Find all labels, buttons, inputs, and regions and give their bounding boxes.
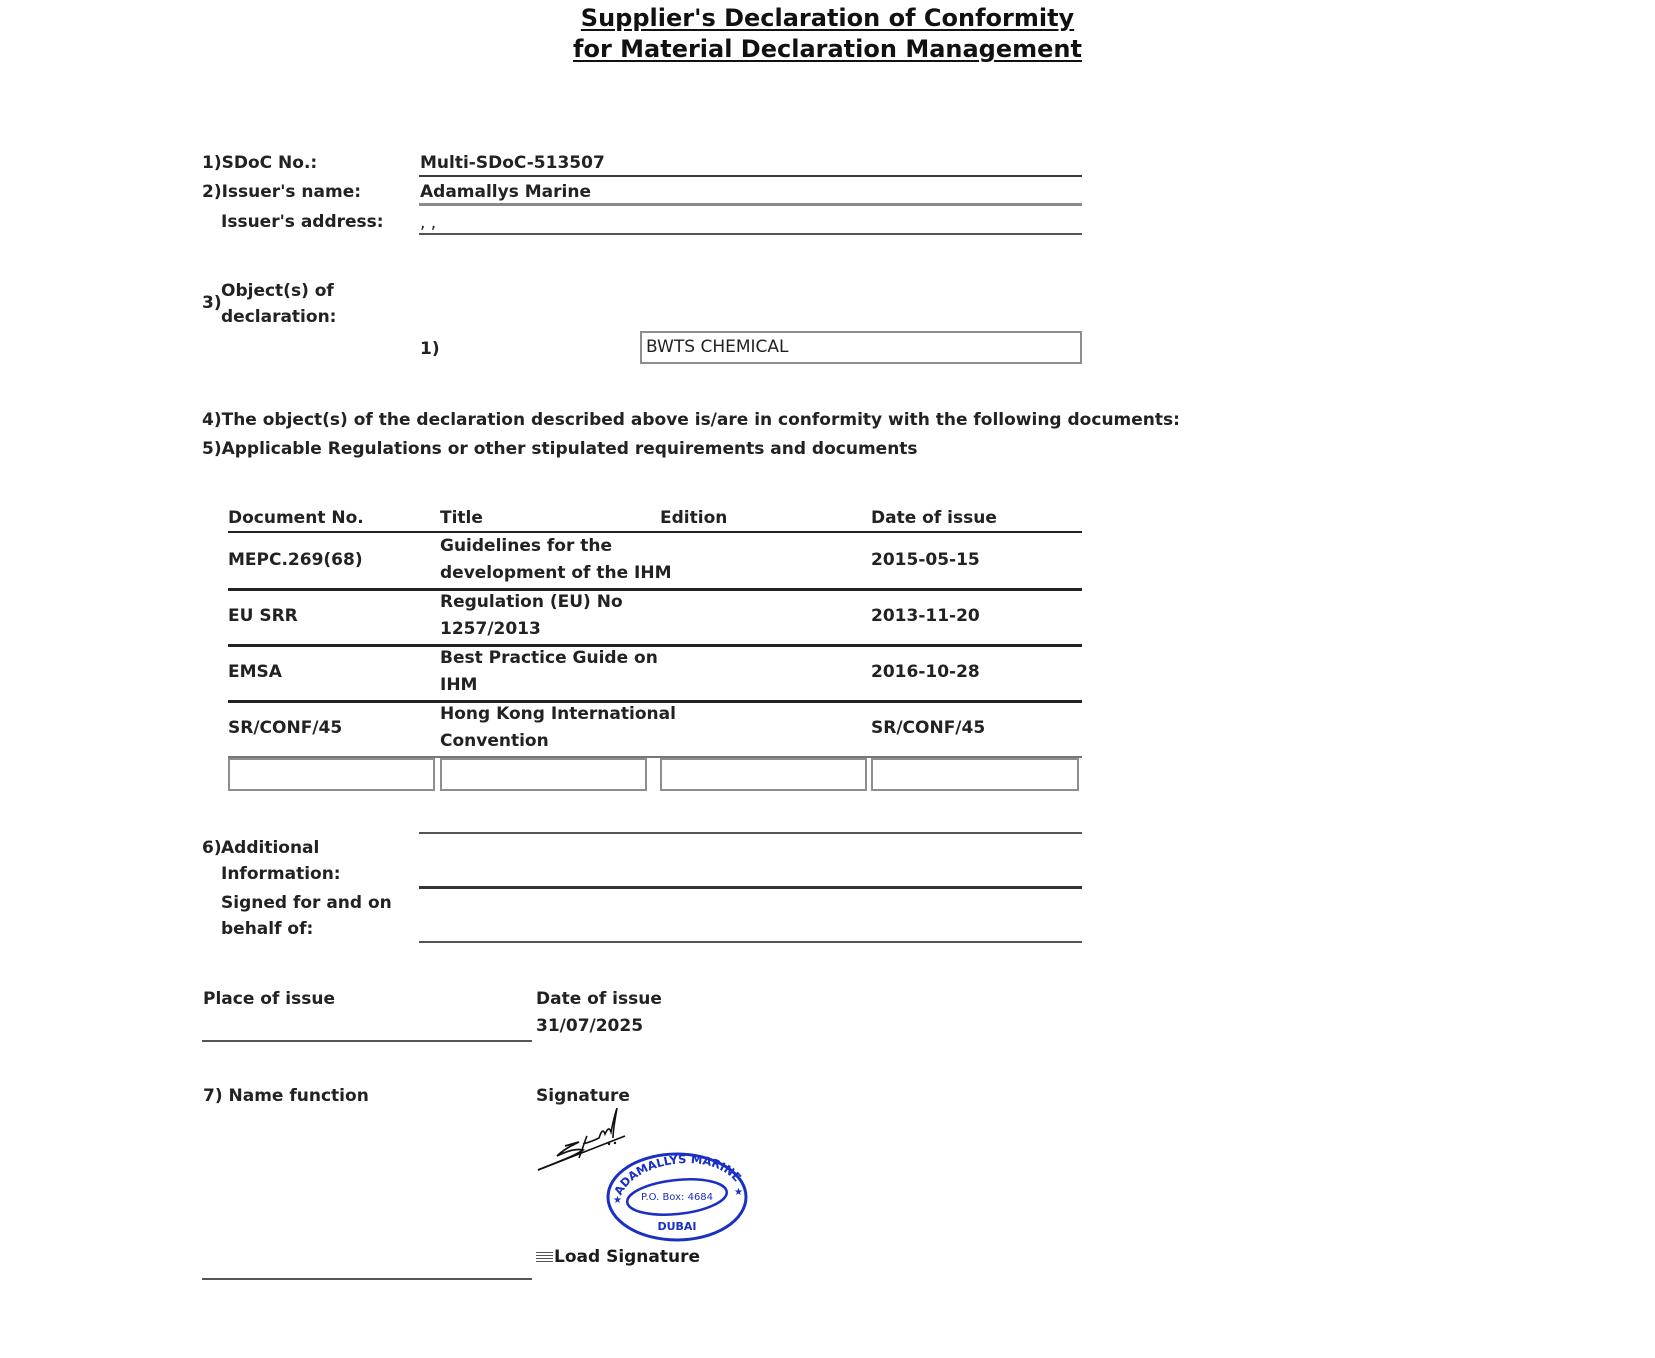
signature-image: ADAMALLYS MARINE P.O. Box: 4684 DUBAI ★ … — [535, 1108, 760, 1250]
issuer-name-text: Issuer's name: — [222, 182, 361, 202]
cell-title-line-1: Guidelines for the — [440, 533, 612, 560]
cell-title-line-2: 1257/2013 — [440, 616, 541, 643]
stamp-bottom-text: DUBAI — [657, 1220, 696, 1233]
name-function-underline[interactable] — [202, 1278, 532, 1280]
cell-date: 2015-05-15 — [871, 547, 980, 574]
new-edition-input[interactable] — [660, 758, 867, 791]
stamp-top-text: ADAMALLYS MARINE — [611, 1152, 744, 1197]
load-signature-button[interactable]: Load Signature — [536, 1247, 700, 1267]
issuer-name-value[interactable]: Adamallys Marine — [420, 182, 591, 202]
svg-text:★: ★ — [734, 1187, 743, 1198]
table-row: SR/CONF/45 Hong Kong International Conve… — [228, 701, 1082, 757]
sdoc-no-value[interactable]: Multi-SDoC-513507 — [420, 153, 605, 173]
issuer-name-label: 2)Issuer's name: — [202, 179, 361, 205]
cell-title-line-1: Best Practice Guide on — [440, 645, 658, 672]
table-row: MEPC.269(68) Guidelines for the developm… — [228, 533, 1082, 589]
signed-on-behalf-label-line-1: Signed for and on — [221, 890, 392, 916]
document-title-line-2: for Material Declaration Management — [0, 34, 1655, 65]
col-header-edition: Edition — [660, 508, 727, 528]
table-row: EU SRR Regulation (EU) No 1257/2013 2013… — [228, 589, 1082, 645]
table-row: EMSA Best Practice Guide on IHM 2016-10-… — [228, 645, 1082, 701]
regulations-statement: 5)Applicable Regulations or other stipul… — [202, 436, 918, 462]
conformity-statement: 4)The object(s) of the declaration descr… — [202, 407, 1180, 433]
regulations-text: Applicable Regulations or other stipulat… — [222, 439, 918, 459]
cell-document-no: EU SRR — [228, 603, 298, 630]
issuer-name-number: 2) — [202, 182, 222, 202]
regulations-number: 5) — [202, 439, 222, 459]
signed-on-behalf-line[interactable] — [419, 941, 1082, 943]
stamp-middle-text: P.O. Box: 4684 — [641, 1192, 713, 1203]
cell-title-line-2: Convention — [440, 728, 549, 755]
additional-info-line-2[interactable] — [419, 886, 1082, 889]
col-header-title: Title — [440, 508, 483, 528]
cell-title-line-2: development of the IHM — [440, 560, 672, 587]
additional-info-line-1[interactable] — [419, 832, 1082, 834]
signed-on-behalf-label-line-2: behalf of: — [221, 916, 313, 942]
document-title-line-1: Supplier's Declaration of Conformity — [0, 3, 1655, 34]
additional-label-line-2: Information: — [221, 861, 341, 887]
additional-number: 6) — [202, 838, 222, 858]
cell-date: SR/CONF/45 — [871, 715, 985, 742]
cell-title-line-1: Regulation (EU) No — [440, 589, 623, 616]
additional-label-line-1: Additional — [221, 835, 319, 861]
cell-title-line-2: IHM — [440, 672, 477, 699]
signature-label: Signature — [536, 1083, 630, 1109]
object-item-number: 1) — [420, 339, 440, 359]
new-title-input[interactable] — [440, 758, 647, 791]
place-of-issue-underline — [202, 1040, 532, 1042]
cell-title-line-1: Hong Kong International — [440, 701, 676, 728]
cell-date: 2013-11-20 — [871, 603, 980, 630]
sdoc-no-number: 1) — [202, 153, 222, 173]
col-header-date: Date of issue — [871, 508, 997, 528]
cell-date: 2016-10-28 — [871, 659, 980, 686]
objects-label-line-1: Object(s) of — [221, 278, 334, 304]
col-header-document-no: Document No. — [228, 508, 364, 528]
issuer-name-underline — [419, 203, 1082, 206]
date-of-issue-value[interactable]: 31/07/2025 — [536, 1016, 643, 1036]
documents-table: Document No. Title Edition Date of issue… — [228, 505, 1082, 795]
cell-document-no: MEPC.269(68) — [228, 547, 363, 574]
new-document-no-input[interactable] — [228, 758, 435, 791]
date-of-issue-label: Date of issue — [536, 986, 662, 1012]
cell-document-no: SR/CONF/45 — [228, 715, 342, 742]
objects-number: 3) — [202, 293, 222, 313]
load-signature-label: Load Signature — [554, 1247, 700, 1267]
conformity-text: The object(s) of the declaration describ… — [222, 410, 1180, 430]
name-function-label: 7) Name function — [203, 1083, 369, 1109]
issuer-address-value[interactable]: , , — [420, 213, 436, 233]
object-item-input[interactable]: BWTS CHEMICAL — [640, 331, 1082, 364]
company-stamp-icon: ADAMALLYS MARINE P.O. Box: 4684 DUBAI ★ … — [605, 1150, 750, 1245]
new-date-input[interactable] — [871, 758, 1079, 791]
svg-text:ADAMALLYS MARINE: ADAMALLYS MARINE — [611, 1152, 744, 1197]
sdoc-no-text: SDoC No.: — [222, 153, 318, 173]
sdoc-no-underline — [419, 175, 1082, 177]
issuer-address-label: Issuer's address: — [221, 209, 384, 235]
cell-document-no: EMSA — [228, 659, 282, 686]
issuer-address-underline — [419, 233, 1082, 235]
sdoc-no-label: 1)SDoC No.: — [202, 150, 317, 176]
objects-label-line-2: declaration: — [221, 304, 336, 330]
conformity-number: 4) — [202, 410, 222, 430]
svg-text:★: ★ — [613, 1195, 622, 1206]
place-of-issue-label: Place of issue — [203, 986, 335, 1012]
menu-lines-icon — [536, 1252, 553, 1263]
